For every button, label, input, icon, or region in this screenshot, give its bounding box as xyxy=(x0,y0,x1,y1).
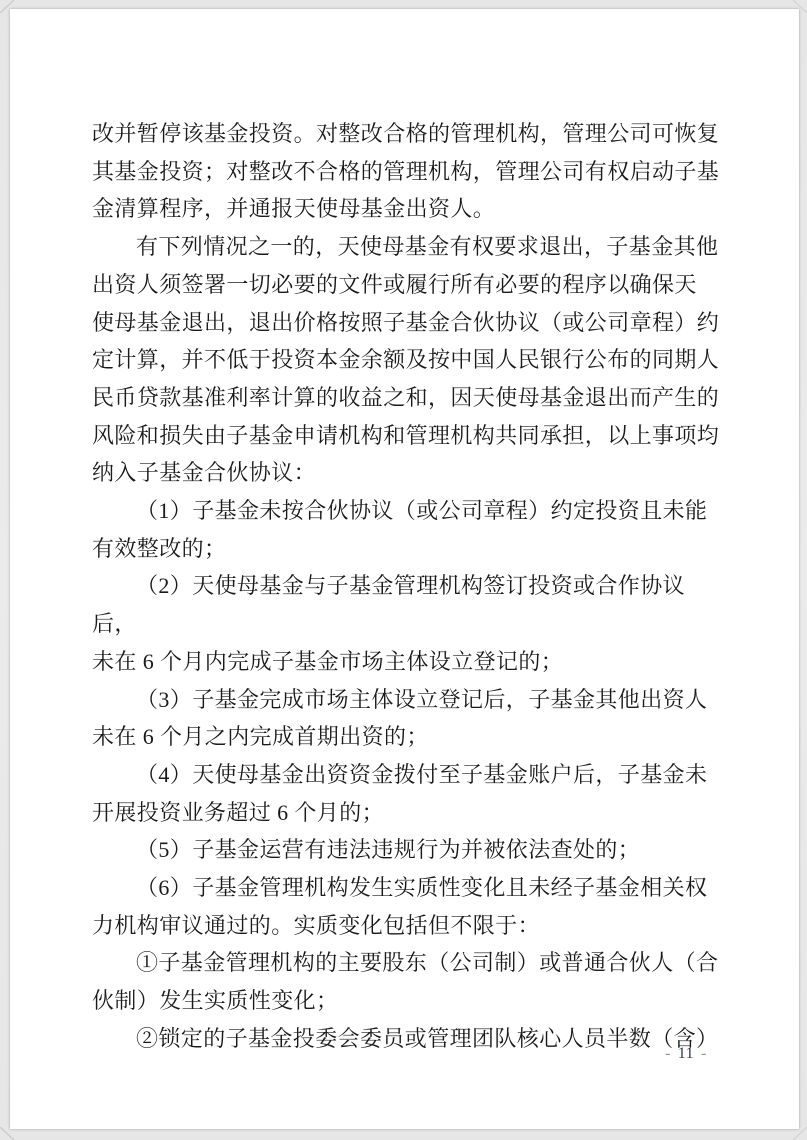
paragraph: 有下列情况之一的，天使母基金有权要求退出，子基金其他 出资人须签署一切必要的文件… xyxy=(92,228,720,492)
paragraph-subitem-2: ②锁定的子基金投委会委员或管理团队核心人员半数（含） xyxy=(92,1020,720,1058)
page-number-dash-right: - xyxy=(701,1045,707,1062)
paragraph-item-6: （6）子基金管理机构发生实质性变化且未经子基金相关权 力机构审议通过的。实质变化… xyxy=(92,869,720,944)
document-viewer: 改并暂停该基金投资。对整改合格的管理机构，管理公司可恢复 其基金投资；对整改不合… xyxy=(0,0,807,1140)
paragraph-item-1: （1）子基金未按合伙协议（或公司章程）约定投资且未能 有效整改的； xyxy=(92,492,720,567)
paragraph-item-3: （3）子基金完成市场主体设立登记后，子基金其他出资人 未在 6 个月之内完成首期… xyxy=(92,681,720,756)
page-number: -11- xyxy=(665,1045,707,1063)
paragraph-subitem-1: ①子基金管理机构的主要股东（公司制）或普通合伙人（合 伙制）发生实质性变化； xyxy=(92,944,720,1019)
paragraph-item-4: （4）天使母基金出资资金拨付至子基金账户后，子基金未 开展投资业务超过 6 个月… xyxy=(92,756,720,831)
document-body: 改并暂停该基金投资。对整改合格的管理机构，管理公司可恢复 其基金投资；对整改不合… xyxy=(10,9,799,1058)
document-page: 改并暂停该基金投资。对整改合格的管理机构，管理公司可恢复 其基金投资；对整改不合… xyxy=(10,9,799,1129)
page-number-dash-left: - xyxy=(665,1045,671,1062)
paragraph-item-2: （2）天使母基金与子基金管理机构签订投资或合作协议后， 未在 6 个月内完成子基… xyxy=(92,567,720,680)
paragraph-item-5: （5）子基金运营有违法违规行为并被依法查处的； xyxy=(92,831,720,869)
page-number-value: 11 xyxy=(678,1045,694,1062)
paragraph: 改并暂停该基金投资。对整改合格的管理机构，管理公司可恢复 其基金投资；对整改不合… xyxy=(92,115,720,228)
